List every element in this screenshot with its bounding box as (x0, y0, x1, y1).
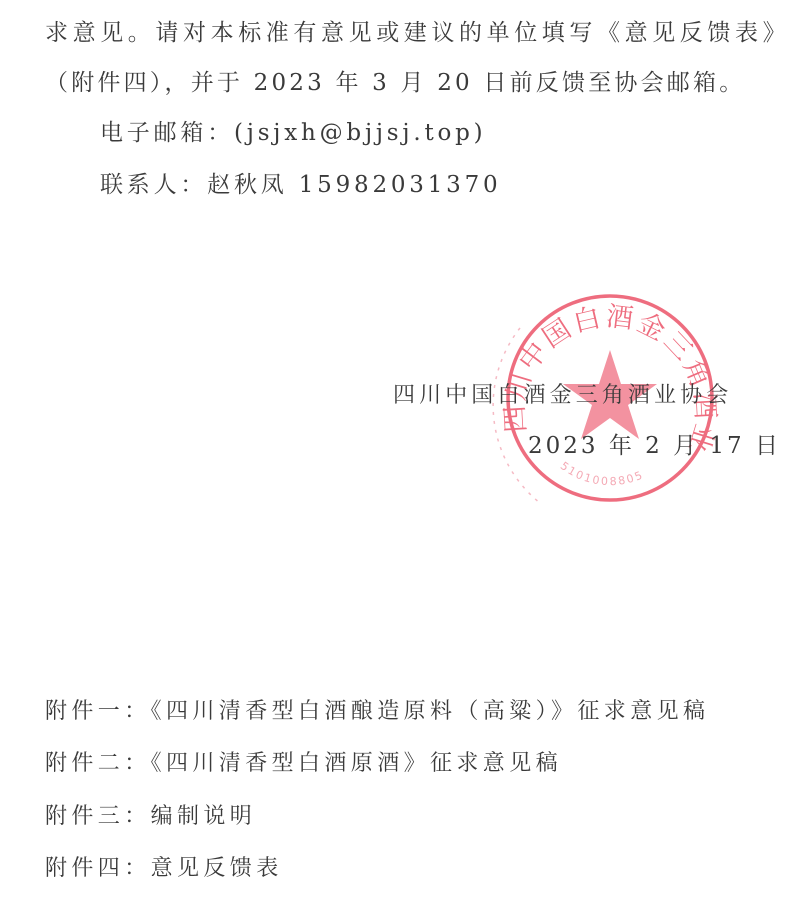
attachment-item-1: 附件一：《四川清香型白酒酿造原料（高粱）》征求意见稿 (45, 697, 709, 727)
signature-organization: 四川中国白酒金三角酒业协会 (393, 381, 732, 411)
attachment-item-2: 附件二：《四川清香型白酒原酒》征求意见稿 (45, 749, 562, 779)
contact-line: 联系人：赵秋凤 15982031370 (100, 170, 501, 200)
email-line: 电子邮箱：(jsjxh@bjjsj.top) (100, 118, 486, 148)
signature-date: 2023 年 2 月 17 日 (528, 431, 781, 461)
attachment-item-3: 附件三：编制说明 (45, 802, 256, 832)
attachment-item-4: 附件四：意见反馈表 (45, 854, 283, 884)
body-paragraph-line-2: （附件四），并于 2023 年 3 月 20 日前反馈至协会邮箱。 (45, 68, 745, 98)
body-paragraph-line-1: 求意见。请对本标准有意见或建议的单位填写《意见反馈表》 (45, 18, 790, 48)
